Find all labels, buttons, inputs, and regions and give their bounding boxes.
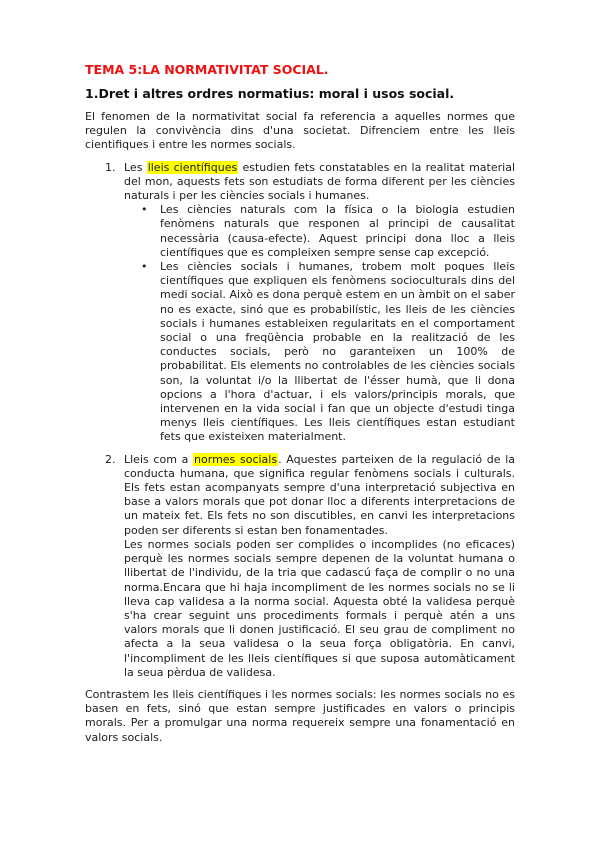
list-item-2: 2. Lleis com a normes socials. Aquestes … xyxy=(85,453,515,680)
list-item-body: Lleis com a normes socials. Aquestes par… xyxy=(124,453,515,680)
highlighted-term: normes socials xyxy=(193,453,278,466)
list-item-body: Les lleis científiques estudien fets con… xyxy=(124,161,515,445)
document-title: TEMA 5:LA NORMATIVITAT SOCIAL. xyxy=(85,62,515,78)
list-item-1: 1. Les lleis científiques estudien fets … xyxy=(85,161,515,445)
highlighted-term: lleis científiques xyxy=(147,161,239,174)
text-segment: Lleis com a xyxy=(124,453,193,466)
list-item-text: Les lleis científiques estudien fets con… xyxy=(124,161,515,204)
document-page: TEMA 5:LA NORMATIVITAT SOCIAL. 1.Dret i … xyxy=(0,0,599,848)
closing-paragraph: Contrastem les lleis científiques i les … xyxy=(85,688,515,745)
intro-paragraph: El fenomen de la normativitat social fa … xyxy=(85,110,515,153)
list-number: 2. xyxy=(85,453,124,680)
text-segment: Les xyxy=(124,161,147,174)
bullet-icon: • xyxy=(124,203,160,260)
bullet-text: Les ciències socials i humanes, trobem m… xyxy=(160,260,515,445)
bullet-item: • Les ciències naturals com la física o … xyxy=(124,203,515,260)
section-heading: 1.Dret i altres ordres normatius: moral … xyxy=(85,86,515,102)
bullet-item: • Les ciències socials i humanes, trobem… xyxy=(124,260,515,445)
bullet-text: Les ciències naturals com la física o la… xyxy=(160,203,515,260)
list-item-second-paragraph: Les normes socials poden ser complides o… xyxy=(124,538,515,680)
list-number: 1. xyxy=(85,161,124,445)
list-item-text: Lleis com a normes socials. Aquestes par… xyxy=(124,453,515,538)
bullet-icon: • xyxy=(124,260,160,445)
